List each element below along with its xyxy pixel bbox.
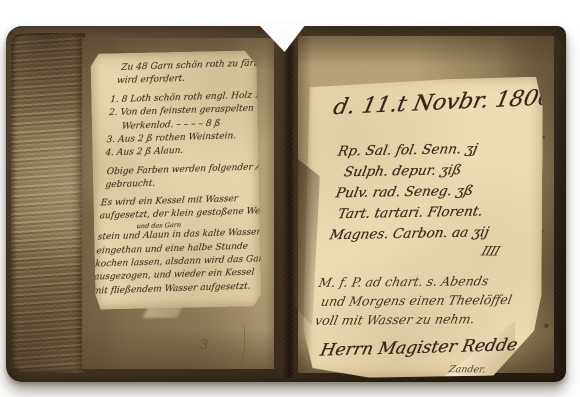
pasted-recipe-note: Zu 48 Garn schön roth zu färb wird erfor…: [90, 50, 261, 309]
right-page: d. 11.t Novbr. 1800. Rp. Sal. fol. Senn.…: [298, 36, 554, 373]
quantity-mark: IIII: [479, 244, 501, 259]
signature-note: Zander.: [448, 364, 487, 375]
handwriting-line: Tart. tartari. Florent.: [336, 201, 495, 225]
prescription-handwriting: Rp. Sal. fol. Senn. ʒj Sulph. depur. ʒiß…: [320, 138, 507, 246]
page-fore-edge-stack: [11, 33, 85, 373]
dosage-handwriting: M. f. P. ad chart. s. Abends und Morgens…: [309, 271, 517, 330]
book-cover: Zu 48 Garn schön roth zu färb wird erfor…: [6, 26, 566, 382]
photo-of-open-manuscript-book: Zu 48 Garn schön roth zu färb wird erfor…: [0, 0, 580, 397]
handwriting-line: und Morgens einen Theelöffel: [319, 290, 514, 311]
date-heading: d. 11.t Novbr. 1800.: [331, 85, 562, 120]
left-page: Zu 48 Garn schön roth zu färb wird erfor…: [82, 38, 274, 369]
page-number: 3: [200, 338, 208, 353]
recipe-handwriting: Zu 48 Garn schön roth zu färb wird erfor…: [92, 57, 264, 298]
handwriting-line: M. f. P. ad chart. s. Abends: [317, 271, 518, 292]
handwriting-line: Magnes. Carbon. aa ʒij: [328, 222, 491, 246]
pasted-prescription-sheet: d. 11.t Novbr. 1800. Rp. Sal. fol. Senn.…: [303, 75, 543, 379]
handwriting-line: voll mit Wasser zu nehm.: [313, 309, 510, 330]
page-corner-crease: [230, 326, 245, 370]
